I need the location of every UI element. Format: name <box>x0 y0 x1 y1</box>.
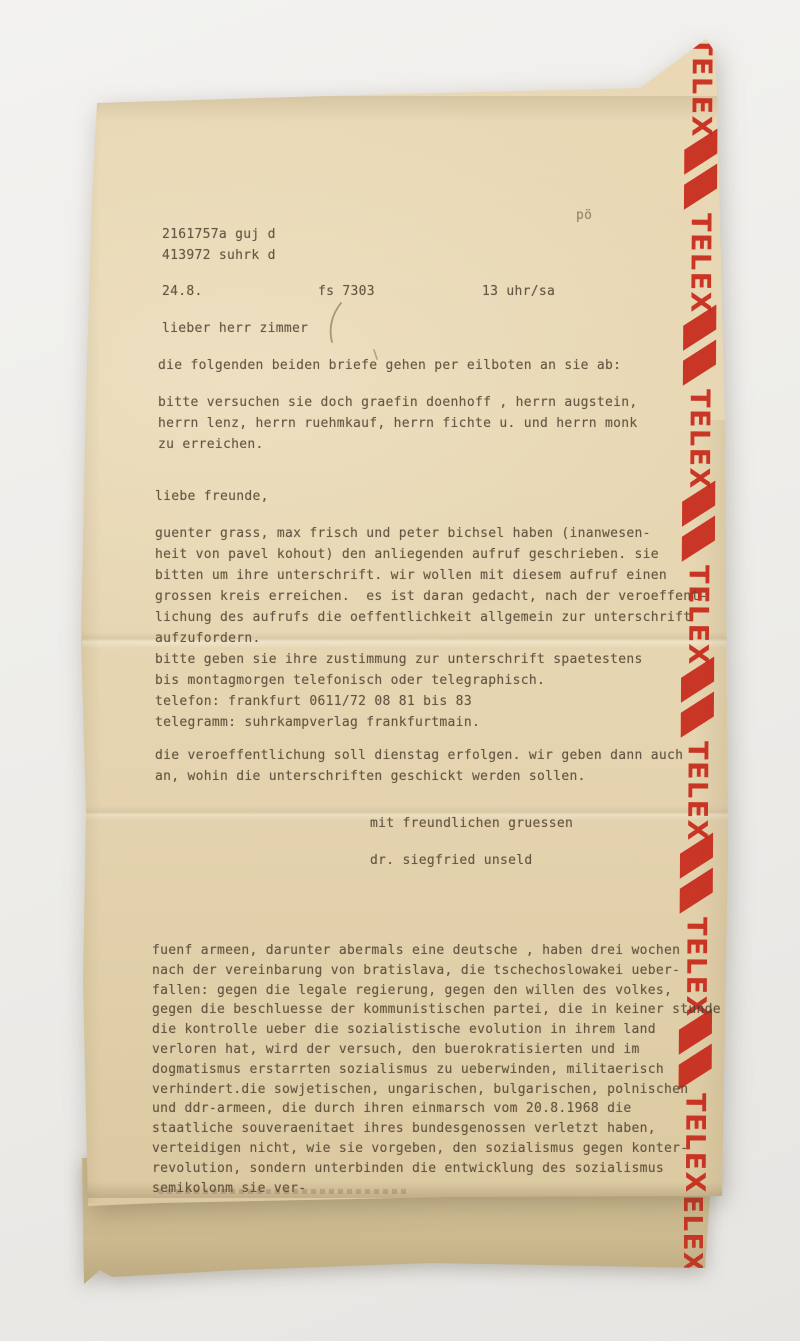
telex-logo: TELEX <box>681 389 716 484</box>
greeting: liebe freunde, <box>155 486 269 507</box>
paper-crease <box>81 103 101 1203</box>
faded-text-remnant <box>158 1189 410 1194</box>
date-field: 24.8. <box>162 281 203 302</box>
paragraph-appeal: fuenf armeen, darunter abermals eine deu… <box>152 941 721 1198</box>
telex-logo: TELEX <box>682 213 717 308</box>
salutation: lieber herr zimmer <box>162 318 308 339</box>
operator-code: pö <box>576 205 592 226</box>
answerback-lines: 2161757a guj d413972 suhrk d <box>162 224 276 266</box>
closing-line: mit freundlichen gruessen <box>370 813 573 834</box>
time-field: 13 uhr/sa <box>482 281 555 302</box>
telex-logo: TELEX <box>683 37 718 132</box>
paragraph-publish: die veroeffentlichung soll dienstag erfo… <box>155 745 683 787</box>
pencil-mark <box>320 295 440 375</box>
front-sheet-shadow: TELEX TELEX TELEX TELEX TELEX TELEX TELE… <box>0 0 800 1341</box>
signature-name: dr. siegfried unseld <box>370 850 533 871</box>
photo-stage: TELEX TELEX TELEX TELEX <box>0 0 800 1341</box>
paragraph-main: guenter grass, max frisch und peter bich… <box>155 523 708 733</box>
telex-logo: TELEX <box>679 741 714 836</box>
paper-sheet-front: TELEX TELEX TELEX TELEX TELEX TELEX TELE… <box>0 0 800 1341</box>
paragraph-reach: bitte versuchen sie doch graefin doenhof… <box>158 392 637 455</box>
paper-crease <box>90 96 720 122</box>
